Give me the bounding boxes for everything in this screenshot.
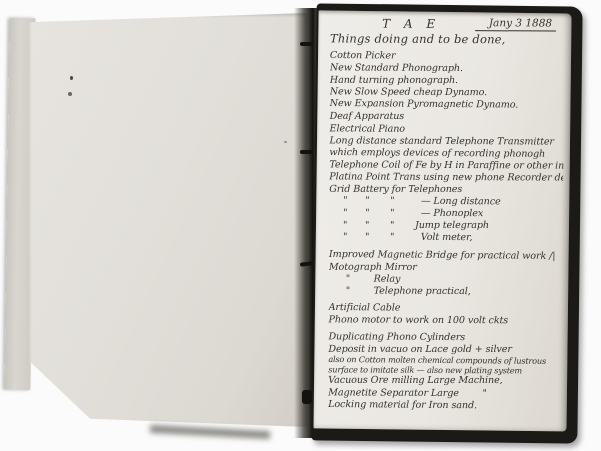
stitch-mark <box>302 390 312 404</box>
stitch-mark <box>300 261 313 266</box>
handwritten-line: Deaf Apparatus <box>330 111 564 123</box>
handwritten-line: Duplicating Phono Cylinders <box>328 331 562 344</box>
ink-spot <box>70 76 73 80</box>
handwritten-line: " " " Volt meter, <box>343 232 563 245</box>
stitch-mark <box>300 150 313 154</box>
handwritten-line: Vacuous Ore milling Large Machine, <box>328 375 562 387</box>
handwritten-line: Locking material for Iron sand. <box>328 399 562 413</box>
handwritten-line: Electrical Piano <box>330 123 564 136</box>
handwritten-line: Telephone Coil of Fe by H in Paraffine o… <box>329 159 563 172</box>
handwritten-line: Hand turning phonograph. <box>330 75 564 87</box>
right-page-content: T A E Jany 3 1888 Things doing and to be… <box>328 16 564 412</box>
page-date: Jany 3 1888 <box>475 17 556 31</box>
handwritten-line: Platina Point Trans using new phone Reco… <box>329 171 563 184</box>
ink-spot <box>284 141 287 143</box>
handwritten-line: Motograph Mirror <box>329 261 563 273</box>
handwritten-line: Phono motor to work on 100 volt ckts <box>329 314 563 327</box>
right-written-page: T A E Jany 3 1888 Things doing and to be… <box>313 10 571 431</box>
handwritten-line: " " " Jump telegraph <box>343 220 563 232</box>
ink-spot <box>68 92 72 96</box>
handwritten-line: " " " — Long distance <box>343 195 563 209</box>
handwritten-line: which employs devices of recording phono… <box>329 147 563 161</box>
stitch-mark <box>300 42 313 46</box>
handwritten-line: " Relay <box>346 273 563 286</box>
page-initials: T A E <box>382 17 440 31</box>
notebook-cover-edge: T A E Jany 3 1888 Things doing and to be… <box>311 3 582 443</box>
handwritten-line: Artificial Cable <box>329 302 563 316</box>
page-header: T A E Jany 3 1888 <box>330 16 564 32</box>
handwritten-line: New Standard Phonograph. <box>330 62 564 75</box>
handwritten-line: " Telephone practical, <box>346 285 563 298</box>
handwritten-line: Magnetite Separator Large " <box>328 387 562 400</box>
note-lines: Cotton PickerNew Standard Phonograph.Han… <box>328 50 564 412</box>
notebook-photo: T A E Jany 3 1888 Things doing and to be… <box>0 0 601 451</box>
handwritten-line: Improved Magnetic Bridge for practical w… <box>329 248 563 262</box>
handwritten-line: Cotton Picker <box>330 50 564 64</box>
page-title: Things doing and to be done, <box>330 31 564 46</box>
handwritten-line: " " " — Phonoplex <box>343 208 563 221</box>
